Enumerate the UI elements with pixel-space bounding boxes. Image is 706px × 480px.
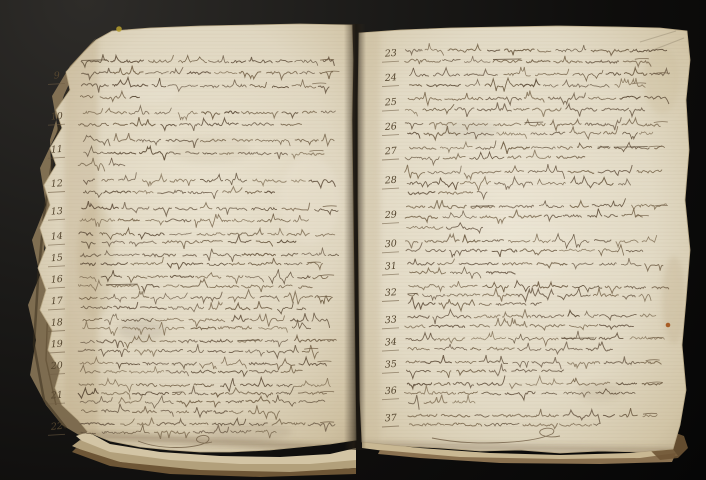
- entry-number: 15: [50, 252, 63, 264]
- entry-number: 20: [49, 360, 63, 372]
- manuscript-scan: 910111213141516171819202122 232425262728…: [0, 0, 706, 480]
- entry-number: 36: [384, 385, 397, 397]
- entry-number: 31: [384, 261, 397, 273]
- entry-number: 28: [383, 175, 397, 187]
- strikethrough-mark: [238, 340, 260, 341]
- entry-number: 19: [50, 339, 63, 351]
- entry-number: 21: [49, 390, 63, 402]
- entry-number: 27: [383, 146, 398, 158]
- entry-number: 26: [383, 121, 397, 133]
- entry-number: 12: [50, 178, 63, 190]
- rust-dot-stain: [666, 323, 671, 328]
- strikethrough-mark: [598, 147, 609, 148]
- entry-number: 13: [50, 206, 63, 218]
- entry-number: 23: [383, 48, 397, 60]
- entry-number: 37: [384, 413, 398, 425]
- entry-number: 24: [383, 72, 397, 84]
- strikethrough-mark: [471, 206, 494, 207]
- entry-number: 18: [50, 317, 63, 329]
- entry-number: 29: [383, 209, 397, 221]
- strikethrough-mark: [81, 60, 107, 61]
- entry-number: 16: [50, 274, 63, 286]
- entry-number: 25: [383, 97, 397, 109]
- entry-number: 17: [50, 295, 64, 307]
- entry-number: 32: [384, 287, 397, 299]
- right-page: 232425262728293031323334353637: [356, 26, 690, 454]
- entry-number: 9: [53, 70, 60, 81]
- strikethrough-mark: [614, 147, 648, 148]
- left-page: 910111213141516171819202122: [38, 24, 356, 452]
- entry-number: 10: [50, 111, 63, 123]
- gutter-shadow: [344, 24, 366, 450]
- manuscript-photo: 910111213141516171819202122 232425262728…: [0, 0, 706, 480]
- strikethrough-mark: [493, 59, 521, 60]
- entry-number: 14: [50, 231, 63, 243]
- strikethrough-mark: [106, 284, 137, 285]
- entry-number: 35: [384, 359, 397, 371]
- strikethrough-mark: [525, 122, 544, 123]
- entry-number: 33: [384, 314, 397, 326]
- entry-number: 34: [384, 337, 397, 349]
- entry-number: 30: [384, 238, 397, 250]
- entry-number: 22: [49, 421, 63, 433]
- strikethrough-mark: [172, 392, 182, 393]
- entry-number: 11: [50, 144, 63, 156]
- strikethrough-mark: [408, 293, 418, 294]
- yellow-speck-stain: [116, 26, 122, 32]
- strikethrough-mark: [562, 338, 595, 339]
